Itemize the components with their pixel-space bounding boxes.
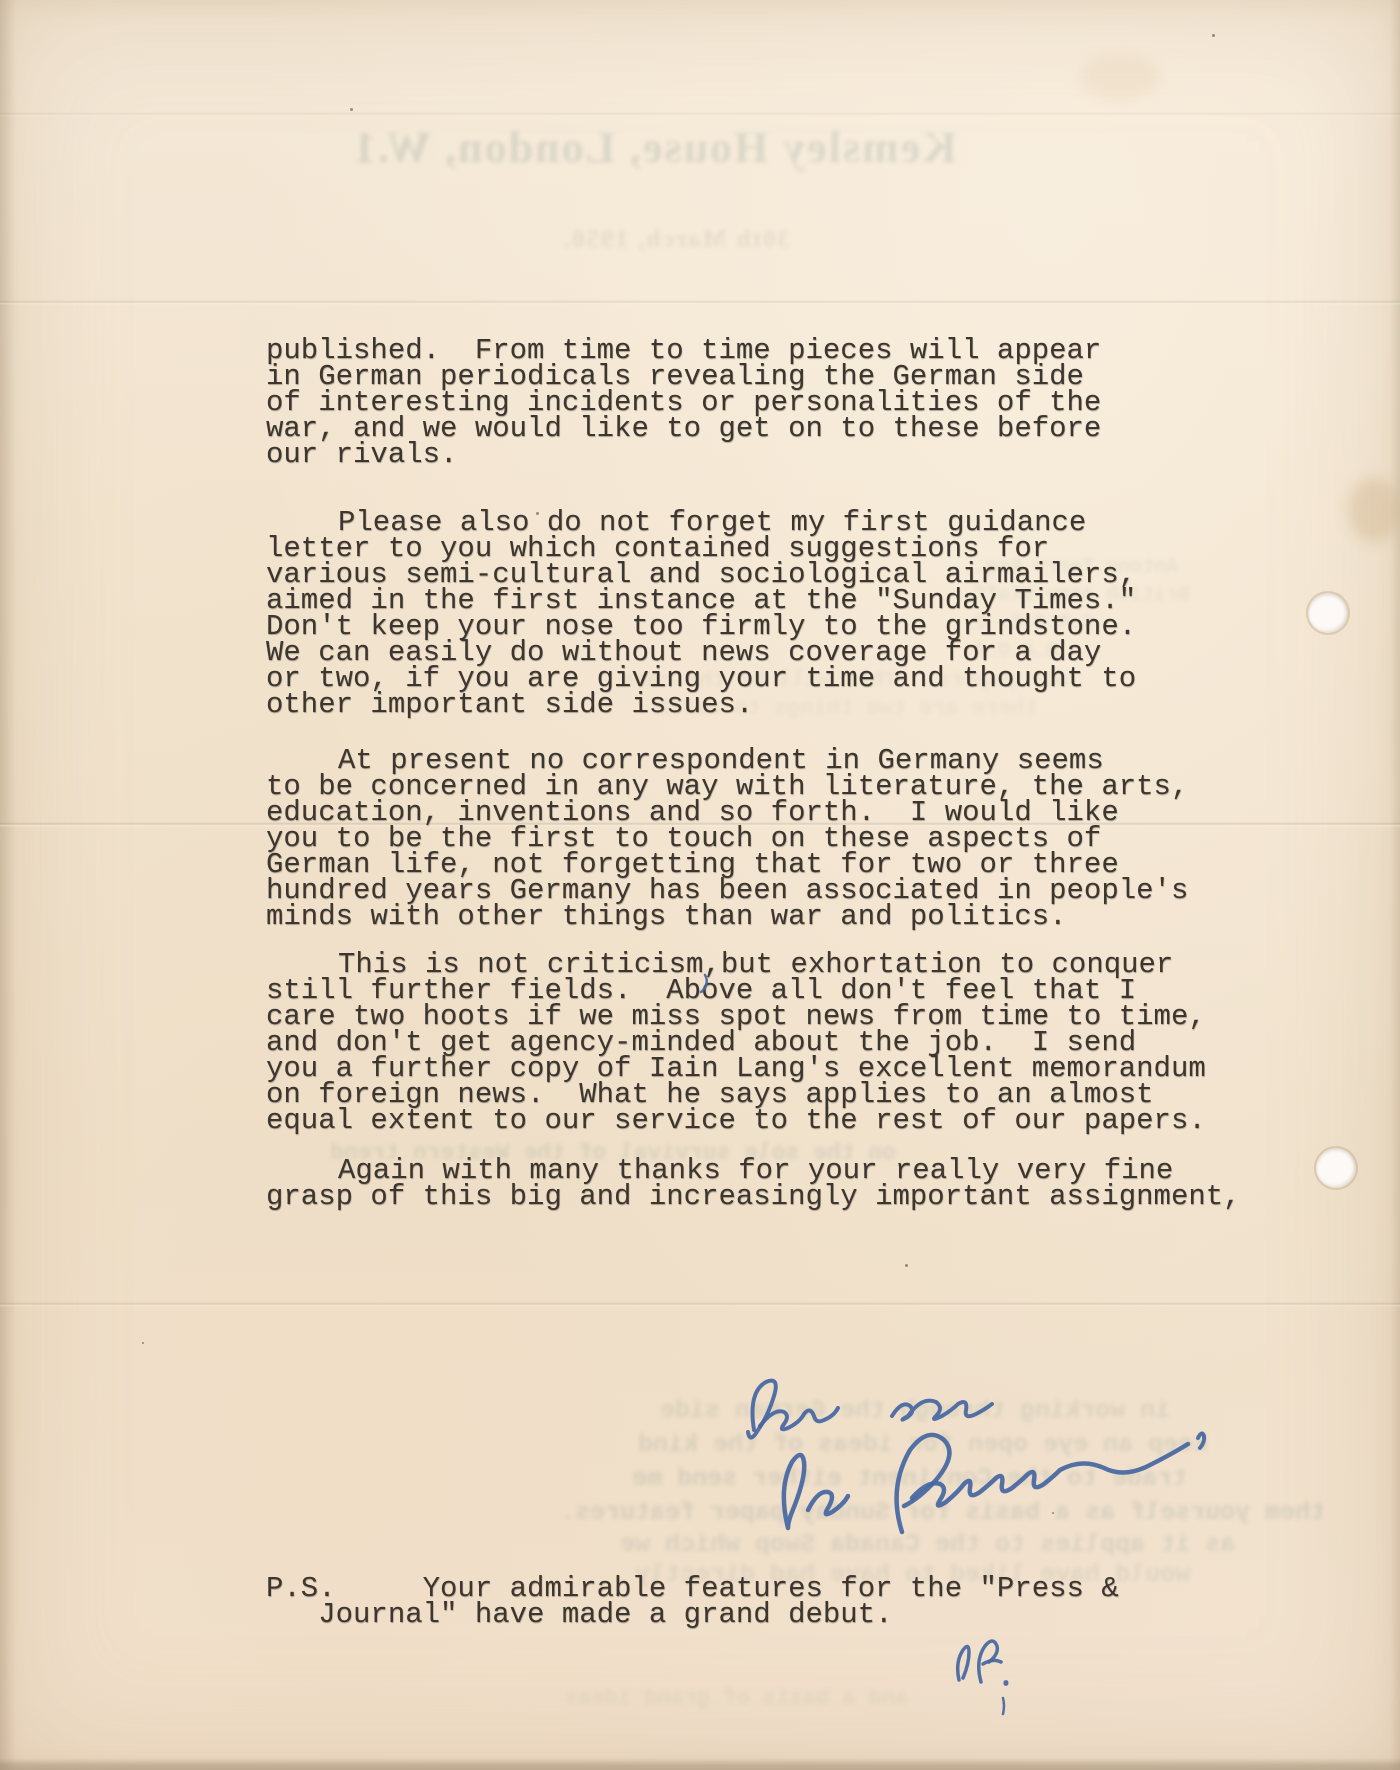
paragraph: Again with many thanks for your really v…	[266, 1158, 1241, 1210]
paper-stain	[1080, 55, 1160, 99]
paper-speck	[1212, 34, 1215, 37]
typed-line: equal extent to our service to the rest …	[266, 1108, 1241, 1134]
typed-line: grasp of this big and increasingly impor…	[266, 1184, 1241, 1210]
punch-hole-top	[1308, 593, 1348, 633]
punch-hole-bottom	[1316, 1148, 1356, 1188]
paper-edge-right	[1390, 0, 1400, 1770]
paper-speck	[142, 1342, 144, 1344]
fold-crease	[0, 112, 1400, 117]
showthrough-text: and a basis of grand ideas	[565, 1686, 908, 1711]
fold-crease	[0, 300, 1400, 305]
letter-page: Kemsley House, London, W.130th March, 19…	[0, 0, 1400, 1770]
showthrough-text: 30th March, 1950.	[562, 226, 790, 254]
fold-crease	[0, 1302, 1400, 1307]
letter-body: published. From time to time pieces will…	[266, 338, 1241, 1234]
paragraph: Please also do not forget my first guida…	[266, 510, 1241, 718]
paper-speck	[905, 1264, 908, 1267]
typed-line: our rivals.	[266, 442, 1241, 468]
postscript: P.S. Your admirable features for the "Pr…	[266, 1576, 1119, 1628]
paragraph: This is not criticism,but exhortation to…	[266, 952, 1241, 1134]
signature-name-script	[752, 1428, 1222, 1578]
paper-speck	[350, 108, 353, 111]
paper-edge-bottom	[0, 1758, 1400, 1770]
postscript-line: Journal" have made a grand debut.	[266, 1602, 1119, 1628]
initials-script	[945, 1628, 1025, 1720]
showthrough-text: Kemsley House, London, W.1	[352, 122, 957, 173]
typed-line: minds with other things than war and pol…	[266, 904, 1241, 930]
paragraph: At present no correspondent in Germany s…	[266, 748, 1241, 930]
typed-line: other important side issues.	[266, 692, 1241, 718]
ink-comma-mark	[698, 972, 712, 994]
paper-edge-left	[0, 0, 16, 1770]
paragraph: published. From time to time pieces will…	[266, 338, 1241, 468]
